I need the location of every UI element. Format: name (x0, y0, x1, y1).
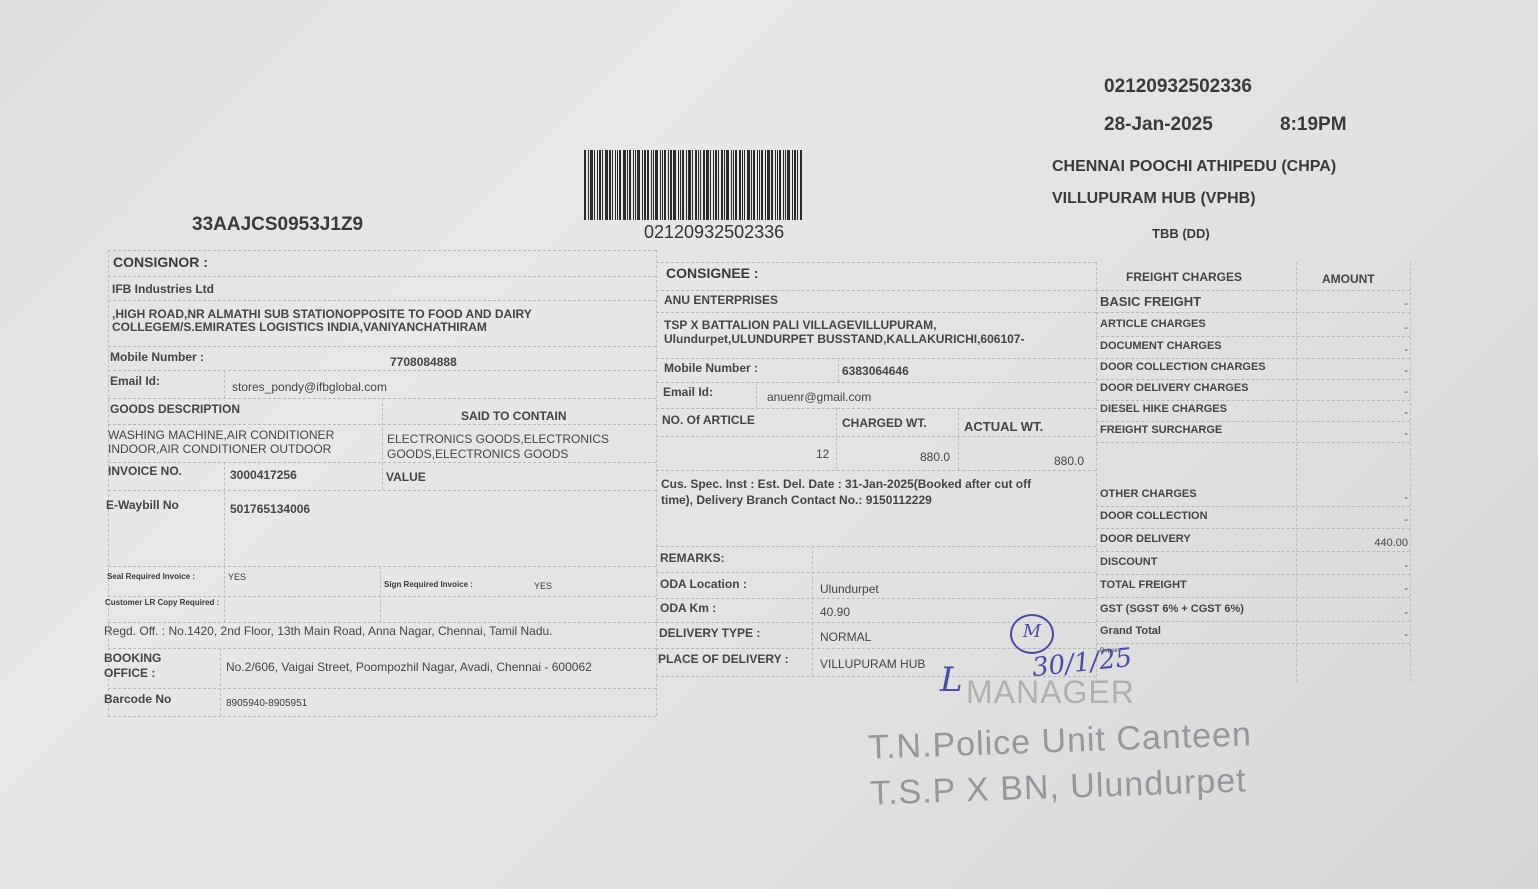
booking-time: 8:19PM (1280, 114, 1347, 136)
gstin: 33AAJCS0953J1Z9 (192, 214, 363, 236)
charge-label: FREIGHT SURCHARGE (1100, 424, 1222, 436)
stamp-canteen: T.N.Police Unit Canteen (867, 715, 1252, 767)
invoice-number: 3000417256 (230, 468, 297, 482)
charge-label: DISCOUNT (1100, 556, 1157, 568)
said-to-contain-1: ELECTRONICS GOODS,ELECTRONICS (387, 432, 609, 446)
barcode-bar (594, 150, 595, 220)
barcode-bar (718, 150, 719, 220)
consignor-name: IFB Industries Ltd (112, 282, 214, 296)
charge-amount: - (1404, 298, 1408, 310)
barcode-bar (633, 150, 634, 220)
barcode-bar (584, 150, 586, 220)
barcode-bar (771, 150, 773, 220)
consignee-email-label: Email Id: (663, 385, 713, 399)
booking-date: 28-Jan-2025 (1104, 114, 1213, 136)
booking-office-label-1: BOOKING (104, 651, 161, 665)
oda-location: Ulundurpet (820, 582, 879, 596)
barcode-bar (779, 150, 781, 220)
origin-branch: CHENNAI POOCHI ATHIPEDU (CHPA) (1052, 158, 1336, 176)
consignor-mobile-label: Mobile Number : (110, 350, 204, 364)
customer-copy-label: Customer LR Copy Required : (105, 598, 219, 607)
charge-amount: - (1404, 607, 1408, 619)
barcode-bar (644, 150, 646, 220)
articles-count: 12 (816, 447, 829, 461)
barcode-bar (686, 150, 687, 220)
barcode-bar (619, 150, 621, 220)
charge-label: DOOR COLLECTION CHARGES (1100, 361, 1266, 373)
barcode-bar (787, 150, 790, 220)
charged-weight: 880.0 (920, 450, 950, 464)
charge-amount: - (1404, 428, 1408, 440)
barcode-bar (615, 150, 616, 220)
barcode-bar (751, 150, 752, 220)
charge-amount: - (1404, 386, 1408, 398)
amount-header: AMOUNT (1322, 272, 1375, 286)
barcode-bar (792, 150, 793, 220)
barcode-bar (753, 150, 755, 220)
consignor-address-2: COLLEGEM/S.EMIRATES LOGISTICS INDIA,VANI… (112, 320, 487, 334)
barcode-bar (662, 150, 663, 220)
barcode-bar (765, 150, 766, 220)
charge-amount: - (1404, 365, 1408, 377)
barcode-bar (700, 150, 701, 220)
lr-document: 02120932502336 28-Jan-2025 8:19PM CHENNA… (0, 0, 1538, 889)
barcode-bar (653, 150, 654, 220)
barcode-bar (642, 150, 643, 220)
barcode-no-label: Barcode No (104, 692, 171, 706)
barcode (584, 150, 860, 220)
place-of-delivery-label: PLACE OF DELIVERY : (658, 652, 789, 666)
said-to-contain-label: SAID TO CONTAIN (461, 409, 567, 423)
actual-weight-label: ACTUAL WT. (964, 419, 1043, 434)
value-label: VALUE (386, 470, 426, 484)
barcode-bar (761, 150, 763, 220)
barcode-bar (627, 150, 628, 220)
oda-km: 40.90 (820, 605, 850, 619)
barcode-bar (605, 150, 608, 220)
barcode-bar (800, 150, 802, 220)
special-instructions-2: time), Delivery Branch Contact No.: 9150… (661, 493, 932, 507)
consignee-address-1: TSP X BATTALION PALI VILLAGEVILLUPURAM, (664, 318, 936, 332)
consignor-email-label: Email Id: (110, 374, 160, 388)
barcode-bar (599, 150, 601, 220)
charged-weight-label: CHARGED WT. (842, 416, 927, 430)
booking-office-address: No.2/606, Vaigai Street, Poompozhil Naga… (226, 660, 592, 674)
ewaybill-number: 501765134006 (230, 502, 310, 516)
barcode-bar (609, 150, 611, 220)
barcode-bar (682, 150, 684, 220)
barcode-bar (726, 150, 729, 220)
invoice-label: INVOICE NO. (108, 464, 182, 478)
charge-label: Grand Total (1100, 625, 1161, 637)
charge-amount: - (1404, 492, 1408, 504)
ewaybill-label: E-Waybill No (106, 498, 179, 512)
charge-label: DIESEL HIKE CHARGES (1100, 403, 1227, 415)
consignor-title: CONSIGNOR : (113, 254, 208, 270)
consignor-email: stores_pondy@ifbglobal.com (232, 380, 387, 394)
charge-label: GST (SGST 6% + CGST 6%) (1100, 603, 1244, 615)
barcode-bar (759, 150, 760, 220)
barcode-bar (797, 150, 798, 220)
barcode-bar (767, 150, 770, 220)
regd-office: Regd. Off. : No.1420, 2nd Floor, 13th Ma… (104, 624, 553, 638)
goods-description-2: INDOOR,AIR CONDITIONER OUTDOOR (108, 442, 331, 456)
goods-description-label: GOODS DESCRIPTION (110, 402, 240, 416)
freight-charges-header: FREIGHT CHARGES (1126, 270, 1242, 284)
barcode-bar (733, 150, 734, 220)
barcode-bar (739, 150, 741, 220)
signature-mark-icon: L (940, 660, 963, 700)
consignor-address-1: ,HIGH ROAD,NR ALMATHI SUB STATIONOPPOSIT… (112, 307, 532, 321)
consignee-title: CONSIGNEE : (666, 265, 759, 281)
barcode-bar (744, 150, 745, 220)
barcode-bar (747, 150, 750, 220)
actual-weight: 880.0 (1054, 454, 1084, 468)
barcode-bar (670, 150, 672, 220)
sign-required-value: YES (534, 581, 552, 591)
barcode-bar (668, 150, 669, 220)
charge-label: DOOR DELIVERY (1100, 533, 1191, 545)
consignee-address-2: Ulundurpet,ULUNDURPET BUSSTAND,KALLAKURI… (664, 332, 1024, 346)
destination-branch: VILLUPURAM HUB (VPHB) (1052, 190, 1256, 208)
barcode-bar (710, 150, 711, 220)
charge-amount: - (1404, 560, 1408, 572)
charge-amount: - (1404, 322, 1408, 334)
consignee-mobile-label: Mobile Number : (664, 361, 758, 375)
barcode-bar (673, 150, 676, 220)
barcode-bar (777, 150, 778, 220)
payment-type: TBB (DD) (1152, 226, 1210, 241)
barcode-bar (742, 150, 743, 220)
barcode-bar (757, 150, 758, 220)
charge-amount: - (1404, 407, 1408, 419)
said-to-contain-2: GOODS,ELECTRONICS GOODS (387, 447, 568, 461)
barcode-bar (637, 150, 640, 220)
barcode-bar (617, 150, 618, 220)
charge-label: DOOR COLLECTION (1100, 510, 1208, 522)
barcode-bar (698, 150, 699, 220)
barcode-bar (651, 150, 652, 220)
barcode-bar (588, 150, 589, 220)
barcode-bar (680, 150, 681, 220)
consignee-mobile: 6383064646 (842, 364, 909, 378)
barcode-bar (629, 150, 631, 220)
barcode-bar (647, 150, 649, 220)
special-instructions-1: Cus. Spec. Inst : Est. Del. Date : 31-Ja… (661, 477, 1031, 491)
barcode-bar (706, 150, 709, 220)
barcode-bar (597, 150, 598, 220)
stamp-battalion: T.S.P X BN, Ulundurpet (869, 761, 1247, 813)
barcode-bar (703, 150, 705, 220)
booking-office-label-2: OFFICE : (104, 666, 155, 680)
oda-km-label: ODA Km : (660, 601, 716, 615)
goods-description-1: WASHING MACHINE,AIR CONDITIONER (108, 428, 334, 442)
barcode-bar (695, 150, 697, 220)
charge-amount: - (1404, 344, 1408, 356)
articles-label: NO. Of ARTICLE (662, 413, 755, 427)
charge-label: OTHER CHARGES (1100, 488, 1197, 500)
seal-required-value: YES (228, 572, 246, 582)
barcode-bar (678, 150, 679, 220)
barcode-bar (692, 150, 693, 220)
barcode-bar (721, 150, 723, 220)
signature-initial-icon: M (1010, 614, 1054, 654)
charge-amount: - (1404, 629, 1408, 641)
remarks-label: REMARKS: (660, 551, 725, 565)
seal-required-label: Seal Required Invoice : (107, 572, 195, 581)
barcode-bar (664, 150, 666, 220)
sign-required-label: Sign Required Invoice : (384, 580, 473, 589)
charge-label: ARTICLE CHARGES (1100, 318, 1206, 330)
charge-amount: - (1404, 583, 1408, 595)
charge-amount: 440.00 (1374, 537, 1408, 549)
barcode-text: 02120932502336 (644, 222, 784, 243)
consignee-email: anuenr@gmail.com (767, 390, 871, 404)
charge-amount: - (1404, 514, 1408, 526)
barcode-bar (660, 150, 661, 220)
barcode-bar (794, 150, 796, 220)
barcode-bar (775, 150, 776, 220)
barcode-bar (590, 150, 593, 220)
barcode-bar (724, 150, 725, 220)
barcode-bar (713, 150, 714, 220)
barcode-bar (623, 150, 626, 220)
charge-label: DOOR DELIVERY CHARGES (1100, 382, 1249, 394)
consignor-mobile: 7708084888 (390, 355, 457, 369)
barcode-no-value: 8905940-8905951 (226, 698, 307, 709)
place-of-delivery: VILLUPURAM HUB (820, 657, 925, 671)
charge-label: DOCUMENT CHARGES (1100, 340, 1222, 352)
charge-label: BASIC FREIGHT (1100, 294, 1201, 309)
barcode-bar (783, 150, 784, 220)
delivery-type-label: DELIVERY TYPE : (659, 626, 760, 640)
oda-location-label: ODA Location : (660, 577, 747, 591)
barcode-bar (602, 150, 603, 220)
barcode-bar (655, 150, 658, 220)
barcode-bar (635, 150, 636, 220)
barcode-bar (612, 150, 613, 220)
delivery-type: NORMAL (820, 630, 871, 644)
barcode-bar (735, 150, 737, 220)
barcode-bar (715, 150, 717, 220)
docket-number: 02120932502336 (1104, 76, 1252, 98)
charge-label: TOTAL FREIGHT (1100, 579, 1187, 591)
barcode-bar (731, 150, 732, 220)
consignee-name: ANU ENTERPRISES (664, 293, 778, 307)
barcode-bar (688, 150, 691, 220)
barcode-bar (785, 150, 786, 220)
